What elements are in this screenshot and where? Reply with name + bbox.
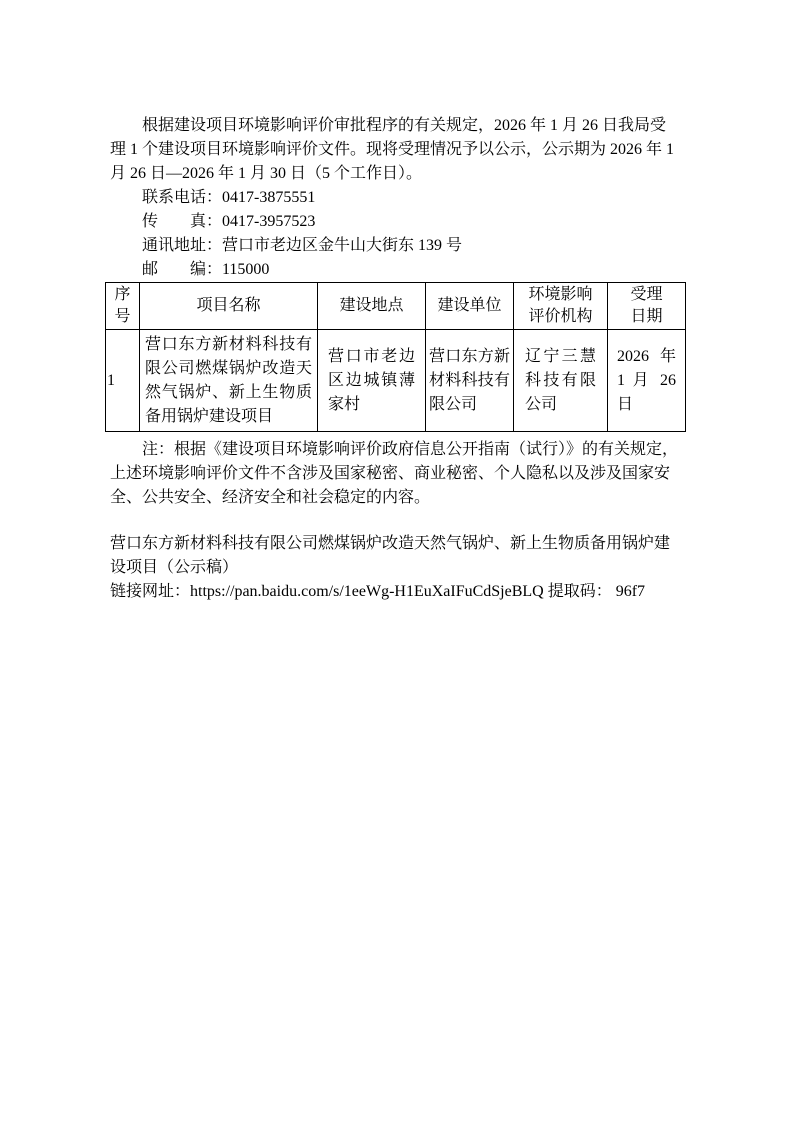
header-cell-location: 建设地点 — [318, 283, 426, 330]
closing-title-paragraph: 营口东方新材料科技有限公司燃煤锅炉改造天然气锅炉、新上生物质备用锅炉建 设项目（… — [110, 532, 687, 580]
contact-phone-line: 联系电话：0417-3875551 — [142, 186, 687, 210]
cell-eia-agency: 辽宁三慧科技有限公司 — [514, 330, 608, 432]
projects-table-body: 1 营口东方新材料科技有限公司燃煤锅炉改造天然气锅炉、新上生物质备用锅炉建设项目… — [106, 330, 686, 432]
cell-seq: 1 — [106, 330, 140, 432]
document-page: { "colors": { "background": "#ffffff", "… — [0, 0, 793, 1122]
document-body: 根据建设项目环境影响评价审批程序的有关规定，2026 年 1 月 26 日我局受… — [110, 114, 687, 604]
projects-table: 序号 项目名称 建设地点 建设单位 环境影响 评价机构 受理 日期 1 营口东方… — [105, 282, 686, 432]
projects-table-header: 序号 项目名称 建设地点 建设单位 环境影响 评价机构 受理 日期 — [106, 283, 686, 330]
header-cell-eia-agency: 环境影响 评价机构 — [514, 283, 608, 330]
cell-location: 营口市老边区边城镇薄家村 — [318, 330, 426, 432]
note-paragraph: 注：根据《建设项目环境影响评价政府信息公开指南（试行）》的有关规定， 上述环境影… — [110, 438, 687, 510]
header-row: 序号 项目名称 建设地点 建设单位 环境影响 评价机构 受理 日期 — [106, 283, 686, 330]
cell-project-name: 营口东方新材料科技有限公司燃煤锅炉改造天然气锅炉、新上生物质备用锅炉建设项目 — [140, 330, 318, 432]
header-cell-builder: 建设单位 — [426, 283, 514, 330]
table-row: 1 营口东方新材料科技有限公司燃煤锅炉改造天然气锅炉、新上生物质备用锅炉建设项目… — [106, 330, 686, 432]
download-link-line: 链接网址：https://pan.baidu.com/s/1eeWg-H1EuX… — [110, 580, 687, 604]
cell-accept-date: 2026 年 1 月 26 日 — [608, 330, 686, 432]
contact-address-line: 通讯地址：营口市老边区金牛山大街东 139 号 — [142, 234, 687, 258]
contact-info-block: 联系电话：0417-3875551 传 真：0417-3957523 通讯地址：… — [110, 186, 687, 282]
cell-builder: 营口东方新材料科技有限公司 — [426, 330, 514, 432]
header-cell-seq: 序号 — [106, 283, 140, 330]
contact-postcode-line: 邮 编：115000 — [142, 258, 687, 282]
intro-paragraph: 根据建设项目环境影响评价审批程序的有关规定，2026 年 1 月 26 日我局受… — [110, 114, 687, 186]
contact-fax-line: 传 真：0417-3957523 — [142, 210, 687, 234]
header-cell-accept-date: 受理 日期 — [608, 283, 686, 330]
header-cell-project-name: 项目名称 — [140, 283, 318, 330]
